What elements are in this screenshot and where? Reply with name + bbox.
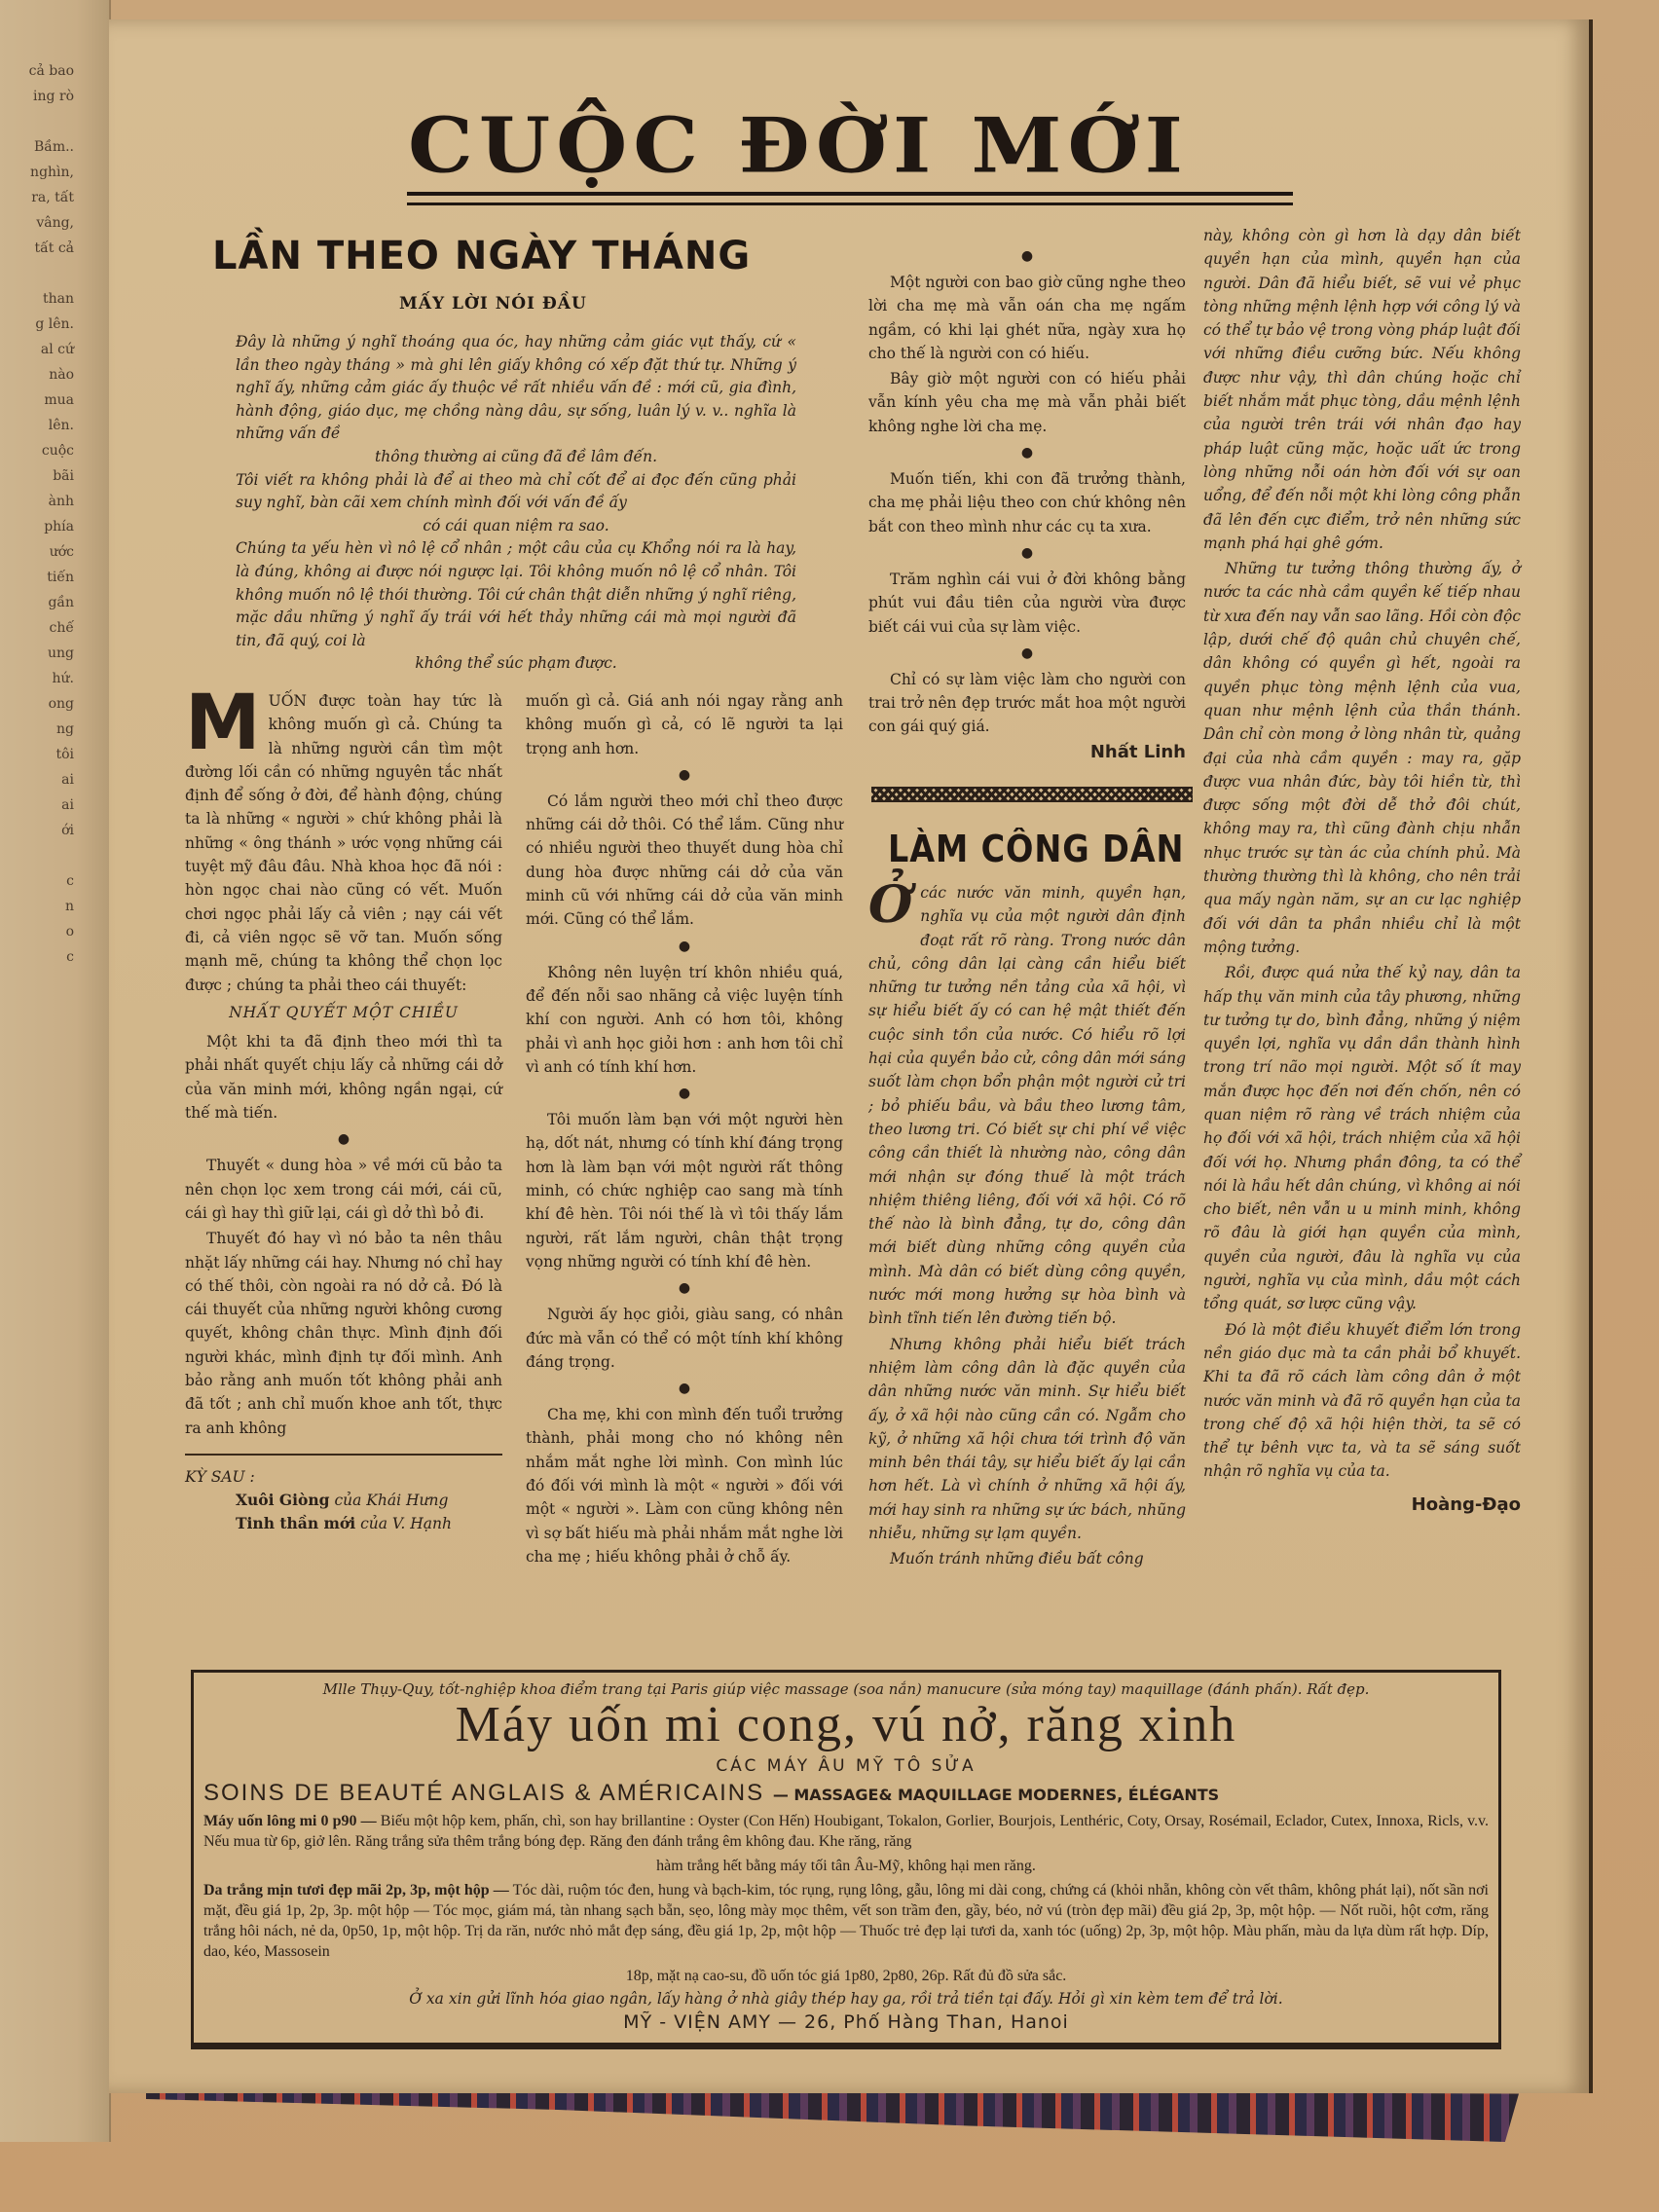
masthead-title: CUỘC ĐỜI MỚI xyxy=(292,101,1305,190)
paragraph: MUỐN được toàn hay tức là không muốn gì … xyxy=(185,689,502,997)
ad-paragraph-1-end: hàm trắng hết bằng máy tối tân Âu-Mỹ, kh… xyxy=(203,1856,1489,1876)
drop-cap: M xyxy=(185,691,261,756)
next-issue: KỲ SAU : Xuôi Giòng của Khái Hưng Tinh t… xyxy=(185,1465,502,1535)
article2-column-3: Ởcác nước văn minh, quyền hạn, nghĩa vụ … xyxy=(868,881,1186,1573)
bullet-separator: ● xyxy=(868,245,1186,267)
wavy-divider xyxy=(871,787,1193,802)
next-issue-label: KỲ SAU : xyxy=(185,1465,502,1489)
paragraph: Những tư tưởng thông thường ấy, ở nước t… xyxy=(1203,557,1521,959)
bullet-separator: ● xyxy=(868,643,1186,664)
bullet-separator: ● xyxy=(868,542,1186,564)
author-signature: Nhất Linh xyxy=(868,741,1186,764)
paragraph: Nhưng không phải hiểu biết trách nhiệm l… xyxy=(868,1333,1186,1546)
bullet-separator: ● xyxy=(526,1083,843,1104)
book-binding-edge xyxy=(146,2088,1519,2142)
paragraph: Có lắm người theo mới chỉ theo được nhữn… xyxy=(526,790,843,932)
intro-p3: Chúng ta yếu hèn vì nô lệ cổ nhân ; một … xyxy=(236,537,796,652)
intro-p1-end: thông thường ai cũng đã đề lâm đến. xyxy=(236,446,796,469)
advertisement-box: Mlle Thụy-Quy, tốt-nghiệp khoa điểm tran… xyxy=(191,1670,1501,2049)
paragraph: Không nên luyện trí khôn nhiều quá, để đ… xyxy=(526,961,843,1079)
paragraph: Bây giờ một người con có hiếu phải vẫn k… xyxy=(868,367,1186,438)
paragraph: Muốn tránh những điều bất công xyxy=(868,1547,1186,1570)
intro-p2: Tôi viết ra không phải là để ai theo mà … xyxy=(236,469,796,515)
adjacent-page-text: cả bao ing rò Bầm.. nghìn, ra, tất vâng,… xyxy=(0,58,74,970)
ad-paragraph-1: Máy uốn lông mi 0 p90 — Biếu một hộp kem… xyxy=(203,1811,1489,1852)
paragraph: Người ấy học giỏi, giàu sang, có nhân đứ… xyxy=(526,1303,843,1374)
paragraph: Rồi, được quá nửa thế kỷ nay, dân ta hấp… xyxy=(1203,961,1521,1315)
author-signature: Hoàng-Đạo xyxy=(1203,1493,1521,1517)
intro-p2-end: có cái quan niệm ra sao. xyxy=(236,515,796,538)
bullet-separator: ● xyxy=(526,936,843,957)
ad-address: MỸ - VIỆN AMY — 26, Phố Hàng Than, Hanoi xyxy=(194,2011,1498,2033)
paragraph: Một khi ta đã định theo mới thì ta phải … xyxy=(185,1030,502,1124)
ad-subheadline: CÁC MÁY ÂU MỸ TÔ SỬA xyxy=(194,1756,1498,1776)
bullet-separator: ● xyxy=(526,764,843,786)
ad-ordering-note: Ở xa xin gửi lĩnh hóa giao ngân, lấy hàn… xyxy=(194,1990,1498,2008)
paragraph: Cha mẹ, khi con mình đến tuổi trưởng thà… xyxy=(526,1403,843,1568)
masthead: CUỘC ĐỜI MỚI xyxy=(292,97,1305,194)
intro-p1: Đây là những ý nghĩ thoáng qua óc, hay n… xyxy=(236,331,796,446)
next-issue-item: Tinh thần mới của V. Hạnh xyxy=(185,1512,502,1535)
paragraph: Tôi muốn làm bạn với một người hèn hạ, d… xyxy=(526,1108,843,1273)
article-intro: Đây là những ý nghĩ thoáng qua óc, hay n… xyxy=(236,331,796,676)
paragraph: Đó là một điều khuyết điểm lớn trong nền… xyxy=(1203,1318,1521,1484)
article-title-lam-cong-dan: LÀM CÔNG DÂN xyxy=(888,828,1184,870)
divider xyxy=(185,1454,502,1456)
next-issue-item: Xuôi Giòng của Khái Hưng xyxy=(185,1489,502,1512)
paragraph: Ởcác nước văn minh, quyền hạn, nghĩa vụ … xyxy=(868,881,1186,1331)
article1-column-2: muốn gì cả. Giá anh nói ngay rằng anh kh… xyxy=(526,689,843,1570)
ad-headline: Máy uốn mi cong, vú nở, răng xinh xyxy=(194,1700,1498,1751)
ad-paragraph-2: Da trắng mịn tươi đẹp mãi 2p, 3p, một hộ… xyxy=(203,1880,1489,1962)
adjacent-page: cả bao ing rò Bầm.. nghìn, ra, tất vâng,… xyxy=(0,0,111,2142)
paragraph: này, không còn gì hơn là dạy dân biết qu… xyxy=(1203,224,1521,555)
paragraph: Chỉ có sự làm việc làm cho người con tra… xyxy=(868,668,1186,739)
masthead-rule-bottom xyxy=(407,203,1293,205)
article-subtitle: MẤY LỜI NÓI ĐẦU xyxy=(399,294,587,313)
section-heading: NHẤT QUYẾT MỘT CHIỀU xyxy=(185,1001,502,1024)
ad-soins-line: SOINS DE BEAUTÉ ANGLAIS & AMÉRICAINS — M… xyxy=(203,1780,1498,1807)
article2-column-4: này, không còn gì hơn là dạy dân biết qu… xyxy=(1203,224,1521,1517)
intro-p3-end: không thể súc phạm được. xyxy=(236,652,796,676)
article-title-lan-theo-ngay-thang: LẦN THEO NGÀY THÁNG xyxy=(212,234,751,278)
paragraph: Trăm nghìn cái vui ở đời không bằng phút… xyxy=(868,568,1186,639)
paragraph: muốn gì cả. Giá anh nói ngay rằng anh kh… xyxy=(526,689,843,760)
bullet-separator: ● xyxy=(526,1277,843,1299)
ad-intro-line: Mlle Thụy-Quy, tốt-nghiệp khoa điểm tran… xyxy=(194,1680,1498,1698)
paragraph: Một người con bao giờ cũng nghe theo lời… xyxy=(868,271,1186,365)
article1-column-1: MUỐN được toàn hay tức là không muốn gì … xyxy=(185,689,502,1535)
bullet-separator: ● xyxy=(868,442,1186,463)
ad-paragraph-2-end: 18p, mặt nạ cao-su, đồ uốn tóc giá 1p80,… xyxy=(203,1966,1489,1986)
bullet-separator: ● xyxy=(185,1128,502,1150)
bullet-separator: ● xyxy=(526,1378,843,1399)
drop-cap: Ở xyxy=(868,881,912,930)
masthead-rule-top xyxy=(407,192,1293,196)
paragraph: Thuyết đó hay vì nó bảo ta nên thâu nhặt… xyxy=(185,1227,502,1440)
paragraph: Muốn tiến, khi con đã trưởng thành, cha … xyxy=(868,467,1186,538)
paragraph: Thuyết « dung hòa » về mới cũ bảo ta nên… xyxy=(185,1154,502,1225)
article1-column-3: ● Một người con bao giờ cũng nghe theo l… xyxy=(868,241,1186,764)
